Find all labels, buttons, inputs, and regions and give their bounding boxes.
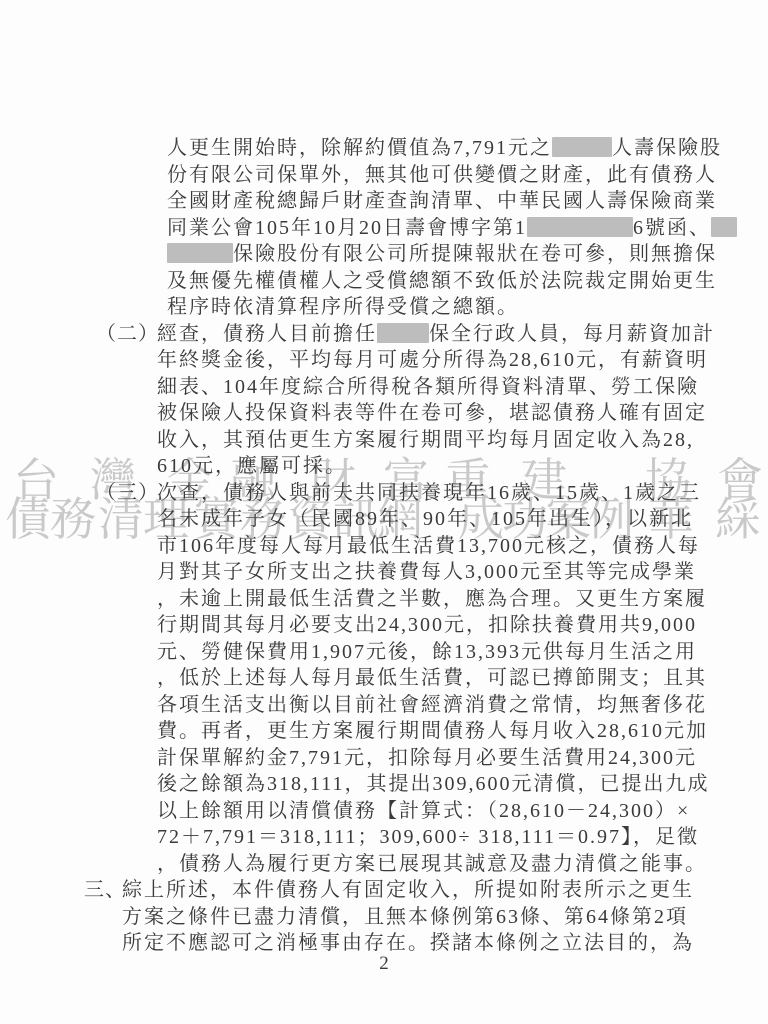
text-line: 後之餘額為318,111，其提出309,600元清償，已提出九成 <box>157 771 768 798</box>
text-segment: 同業公會105年10月20日壽會博字第1 <box>167 217 527 239</box>
text-segment: 72＋7,791＝318,111；309,600÷ 318,111＝0.97】，… <box>157 826 699 848</box>
text-line: 名未成年子女（民國89年、90年、105年出生），以新北 <box>157 506 768 533</box>
text-segment: 元、勞健保費用1,907元後，餘13,393元供每月生活之用 <box>157 641 697 663</box>
text-segment: 保全行政人員，每月薪資加計 <box>429 323 715 345</box>
text-segment: ，未逾上開最低生活費之半數，應為合理。又更生方案履 <box>157 588 707 610</box>
text-segment: 人更生開始時，除解約價值為7,791元之 <box>167 137 552 159</box>
text-line: ，低於上述每人每月最低生活費，可認已撙節開支；且其 <box>157 665 768 692</box>
text-segment: 及無優先權債權人之受償總額不致低於法院裁定開始更生 <box>167 270 717 292</box>
text-segment: 方案之條件已盡力清償，且無本條例第63條、第64條第2項 <box>122 906 688 928</box>
text-line: 及無優先權債權人之受償總額不致低於法院裁定開始更生 <box>167 268 768 295</box>
scanned-document-page: 台灣金融財富重建協會債務清理實務資訊網成功案例華綵 人更生開始時，除解約價值為7… <box>0 0 768 1024</box>
text-segment: 以上餘額用以清償債務【計算式：（28,610－24,300）× <box>157 800 690 822</box>
item-label: （二） <box>96 321 159 348</box>
text-line: 綜上所述，本件債務人有固定收入，所提如附表所示之更生 <box>122 877 768 904</box>
text-line: ，債務人為履行更方案已展現其誠意及盡力清償之能事。 <box>157 851 768 878</box>
text-line: 份有限公司保單外，無其他可供變價之財產，此有債務人 <box>167 162 768 189</box>
text-segment: 綜上所述，本件債務人有固定收入，所提如附表所示之更生 <box>122 879 694 901</box>
text-segment: 6號函、 <box>633 217 711 239</box>
text-line: 以上餘額用以清償債務【計算式：（28,610－24,300）× <box>157 798 768 825</box>
text-segment: 費。再者，更生方案履行期間債務人每月收入28,610元加 <box>157 720 708 742</box>
text-segment: ，低於上述每人每月最低生活費，可認已撙節開支；且其 <box>157 667 707 689</box>
paragraph-item-3: （三）次查，債務人與前夫共同扶養現年16歲、15歲、1歲之三名未成年子女（民國8… <box>157 480 768 878</box>
text-segment: 細表、104年度綜合所得稅各類所得資料清單、勞工保險 <box>157 376 699 398</box>
text-line: 次查，債務人與前夫共同扶養現年16歲、15歲、1歲之三 <box>157 480 768 507</box>
text-segment: 人壽保險股 <box>612 137 722 159</box>
text-segment: 各項生活支出衡以目前社會經濟消費之常情，均無奢侈花 <box>157 694 707 716</box>
text-line: 計保單解約金7,791元，扣除每月必要生活費用24,300元 <box>157 745 768 772</box>
text-line: 行期間其每月必要支出24,300元，扣除扶養費用共9,000 <box>157 612 768 639</box>
text-segment: 保險股份有限公司所提陳報狀在卷可參，則無擔保 <box>233 243 717 265</box>
text-segment: 行期間其每月必要支出24,300元，扣除扶養費用共9,000 <box>157 614 697 636</box>
redaction-box <box>711 217 737 237</box>
text-segment: 收入，其預估更生方案履行期間平均每月固定收入為28, <box>157 429 694 451</box>
text-line: 收入，其預估更生方案履行期間平均每月固定收入為28, <box>157 427 768 454</box>
redaction-box <box>552 137 612 157</box>
text-segment: 份有限公司保單外，無其他可供變價之財產，此有債務人 <box>167 164 717 186</box>
text-line: 全國財產稅總歸戶財產查詢清單、中華民國人壽保險商業 <box>167 188 768 215</box>
text-line: 人更生開始時，除解約價值為7,791元之人壽保險股 <box>167 135 768 162</box>
text-line: 方案之條件已盡力清償，且無本條例第63條、第64條第2項 <box>122 904 768 931</box>
text-line: 經查，債務人目前擔任保全行政人員，每月薪資加計 <box>157 321 768 348</box>
document-content: 人更生開始時，除解約價值為7,791元之人壽保險股份有限公司保單外，無其他可供變… <box>0 135 768 957</box>
text-line: 保險股份有限公司所提陳報狀在卷可參，則無擔保 <box>167 241 768 268</box>
text-line: 費。再者，更生方案履行期間債務人每月收入28,610元加 <box>157 718 768 745</box>
text-line: 市106年度每人每月最低生活費13,700元核之，債務人每 <box>157 533 768 560</box>
paragraph-item-san: 三、綜上所述，本件債務人有固定收入，所提如附表所示之更生方案之條件已盡力清償，且… <box>122 877 768 957</box>
text-segment: 610元，應屬可採。 <box>157 455 347 477</box>
text-line: 610元，應屬可採。 <box>157 453 768 480</box>
page-number: 2 <box>0 953 768 975</box>
text-segment: 名未成年子女（民國89年、90年、105年出生），以新北 <box>157 508 693 530</box>
text-segment: 計保單解約金7,791元，扣除每月必要生活費用24,300元 <box>157 747 697 769</box>
text-line: 年終獎金後，平均每月可處分所得為28,610元，有薪資明 <box>157 347 768 374</box>
text-segment: 月對其子女所支出之扶養費每人3,000元至其等完成學業 <box>157 561 696 583</box>
text-segment: 被保險人投保資料表等件在卷可參，堪認債務人確有固定 <box>157 402 707 424</box>
item-label: 三、 <box>84 877 126 904</box>
paragraph-item-2: （二）經查，債務人目前擔任保全行政人員，每月薪資加計年終獎金後，平均每月可處分所… <box>157 321 768 480</box>
text-segment: 年終獎金後，平均每月可處分所得為28,610元，有薪資明 <box>157 349 708 371</box>
redaction-box <box>377 323 429 343</box>
text-line: 72＋7,791＝318,111；309,600÷ 318,111＝0.97】，… <box>157 824 768 851</box>
text-segment: 經查，債務人目前擔任 <box>157 323 377 345</box>
text-line: 元、勞健保費用1,907元後，餘13,393元供每月生活之用 <box>157 639 768 666</box>
text-segment: ，債務人為履行更方案已展現其誠意及盡力清償之能事。 <box>157 853 707 875</box>
text-segment: 全國財產稅總歸戶財產查詢清單、中華民國人壽保險商業 <box>167 190 717 212</box>
text-segment: 後之餘額為318,111，其提出309,600元清償，已提出九成 <box>157 773 710 795</box>
text-segment: 市106年度每人每月最低生活費13,700元核之，債務人每 <box>157 535 700 557</box>
redaction-box <box>527 217 633 237</box>
text-segment: 次查，債務人與前夫共同扶養現年16歲、15歲、1歲之三 <box>157 482 701 504</box>
text-segment: 程序時依清算程序所得受償之總額。 <box>167 296 519 318</box>
text-line: 細表、104年度綜合所得稅各類所得資料清單、勞工保險 <box>157 374 768 401</box>
text-segment: 所定不應認可之消極事由存在。揆諸本條例之立法目的，為 <box>122 932 694 954</box>
paragraph-item-1-continuation: 人更生開始時，除解約價值為7,791元之人壽保險股份有限公司保單外，無其他可供變… <box>167 135 768 321</box>
text-line: 被保險人投保資料表等件在卷可參，堪認債務人確有固定 <box>157 400 768 427</box>
text-line: ，未逾上開最低生活費之半數，應為合理。又更生方案履 <box>157 586 768 613</box>
text-line: 同業公會105年10月20日壽會博字第16號函、 <box>167 215 768 242</box>
item-label: （三） <box>96 480 159 507</box>
text-line: 各項生活支出衡以目前社會經濟消費之常情，均無奢侈花 <box>157 692 768 719</box>
text-line: 月對其子女所支出之扶養費每人3,000元至其等完成學業 <box>157 559 768 586</box>
redaction-box <box>167 243 233 263</box>
text-line: 程序時依清算程序所得受償之總額。 <box>167 294 768 321</box>
